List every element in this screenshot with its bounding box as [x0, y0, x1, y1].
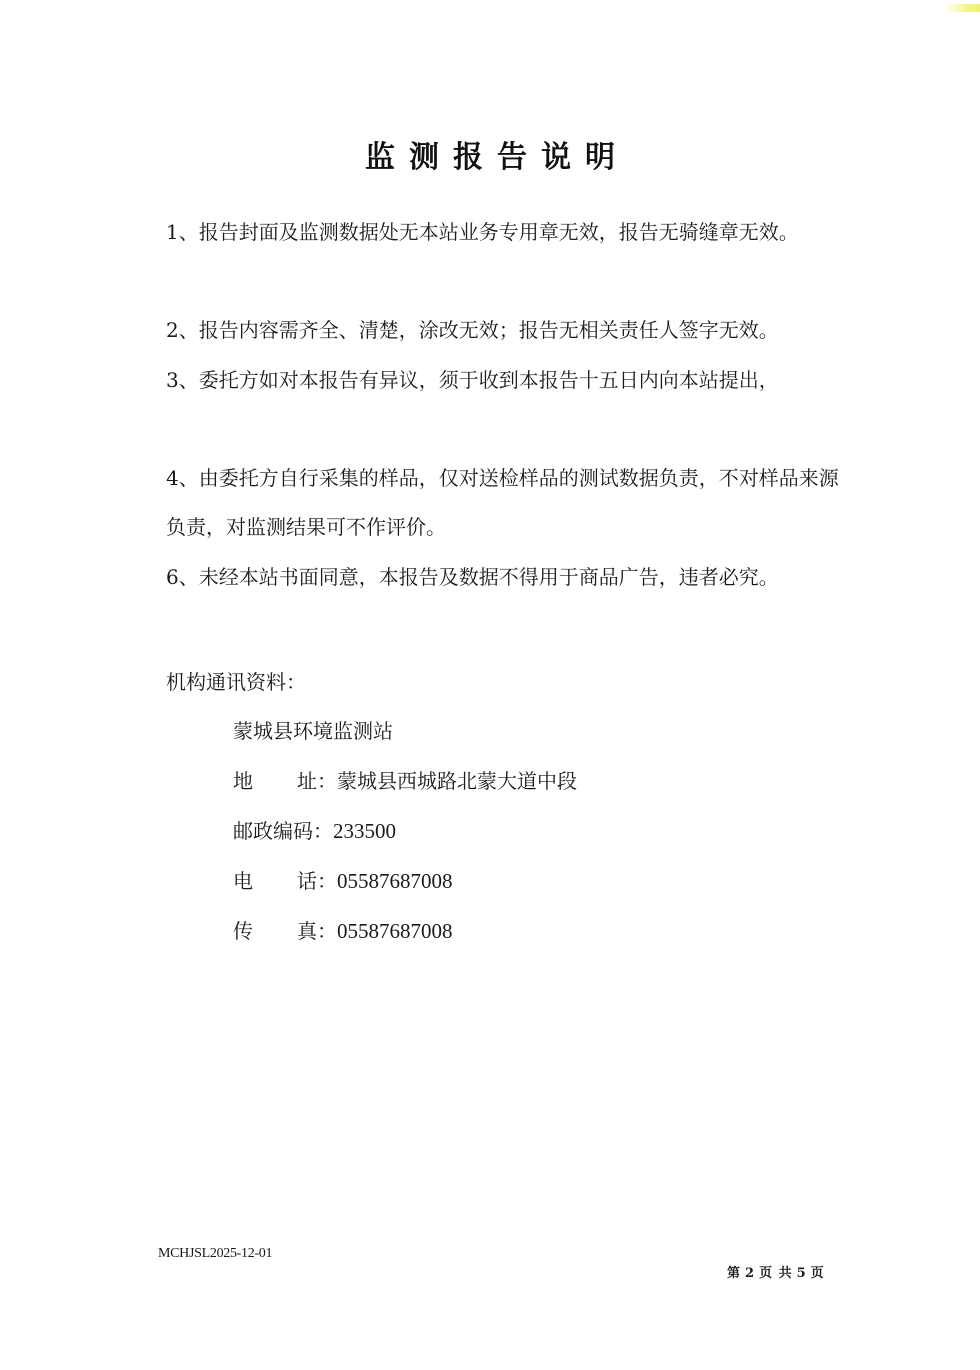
highlighter-mark — [944, 4, 980, 12]
phone-label-first: 电 — [233, 857, 297, 906]
page-current: 2 — [745, 1266, 754, 1281]
address-label-first: 地 — [233, 757, 297, 806]
page-total: 5 — [797, 1266, 806, 1281]
postcode-row: 邮政编码： 233500 — [233, 807, 396, 856]
address-row: 地 址： 蒙城县西城路北蒙大道中段 — [233, 757, 577, 806]
document-code: MCHJSL2025-12-01 — [158, 1246, 272, 1262]
address-label-last: 址： — [297, 757, 337, 806]
postcode-value: 233500 — [333, 807, 396, 856]
contact-heading: 机构通讯资料： — [166, 658, 306, 707]
note-2: 2、报告内容需齐全、清楚，涂改无效；报告无相关责任人签字无效。 — [166, 306, 856, 355]
fax-value: 05587687008 — [337, 907, 453, 956]
fax-label-last: 真： — [297, 907, 337, 956]
page-prefix: 第 — [727, 1266, 740, 1281]
address-value: 蒙城县西城路北蒙大道中段 — [337, 757, 577, 806]
page-suffix: 页 — [811, 1266, 824, 1281]
postcode-label: 邮政编码： — [233, 807, 333, 856]
phone-label-last: 话： — [297, 857, 337, 906]
organization-name: 蒙城县环境监测站 — [233, 707, 393, 756]
fax-label-first: 传 — [233, 907, 297, 956]
page-mid: 页 共 — [759, 1266, 792, 1281]
note-1: 1、报告封面及监测数据处无本站业务专用章无效，报告无骑缝章无效。 — [166, 208, 846, 257]
note-3: 3、委托方如对本报告有异议，须于收到本报告十五日内向本站提出， — [166, 356, 856, 405]
page-title: 监测报告说明 — [0, 132, 980, 176]
page-indicator: 第2页 共5页 — [727, 1262, 829, 1281]
phone-value: 05587687008 — [337, 857, 453, 906]
note-4: 4、由委托方自行采集的样品，仅对送检样品的测试数据负责，不对样品来源负责，对监测… — [166, 454, 846, 552]
phone-row: 电 话： 05587687008 — [233, 857, 453, 906]
fax-row: 传 真： 05587687008 — [233, 907, 453, 956]
note-6: 6、未经本站书面同意，本报告及数据不得用于商品广告，违者必究。 — [166, 553, 856, 602]
